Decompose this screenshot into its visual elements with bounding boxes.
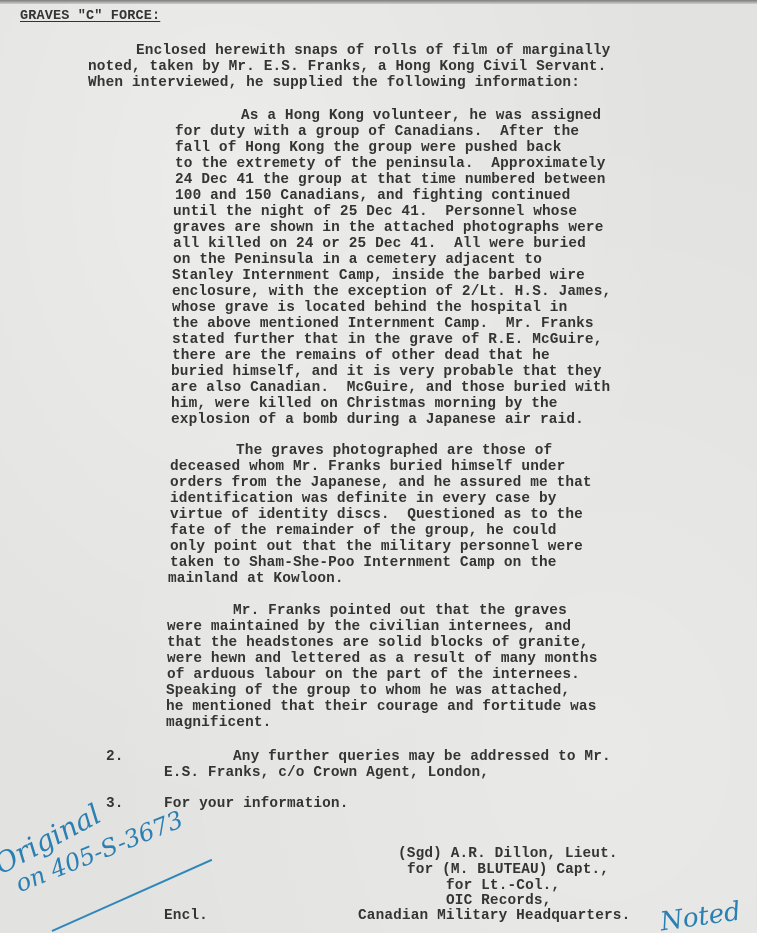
scan-top-edge (0, 0, 757, 4)
quote-line: Speaking of the group to whom he was att… (166, 683, 570, 699)
quote-line: Mr. Franks pointed out that the graves (233, 603, 567, 619)
quote-line: buried himself, and it is very probable … (171, 364, 602, 380)
quote-line: for duty with a group of Canadians. Afte… (175, 124, 579, 140)
document-heading: GRAVES "C" FORCE: (20, 9, 160, 25)
intro-line: When interviewed, he supplied the follow… (88, 75, 580, 91)
quote-line: deceased whom Mr. Franks buried himself … (170, 459, 565, 475)
item-line: For your information. (164, 796, 349, 812)
quote-line: virtue of identity discs. Questioned as … (170, 507, 583, 523)
item-number: 2. (106, 749, 124, 765)
intro-line: Enclosed herewith snaps of rolls of film… (136, 43, 610, 59)
quote-line: The graves photographed are those of (236, 443, 552, 459)
quote-line: to the extremety of the peninsula. Appro… (175, 156, 606, 172)
signature-line: Canadian Military Headquarters. (358, 908, 630, 924)
quote-line: identification was definite in every cas… (170, 491, 557, 507)
quote-line: he mentioned that their courage and fort… (166, 699, 597, 715)
quote-line: explosion of a bomb during a Japanese ai… (171, 412, 584, 428)
quote-line: him, were killed on Christmas morning by… (171, 396, 558, 412)
item-number: 3. (106, 796, 124, 812)
document-page: GRAVES "C" FORCE: Enclosed herewith snap… (0, 0, 757, 933)
quote-line: were hewn and lettered as a result of ma… (167, 651, 598, 667)
enclosure-label: Encl. (164, 908, 208, 924)
quote-line: magnificent. (166, 715, 271, 731)
quote-line: mainland at Kowloon. (168, 571, 344, 587)
signature-line: (Sgd) A.R. Dillon, Lieut. (398, 846, 618, 862)
quote-line: 24 Dec 41 the group at that time numbere… (175, 172, 606, 188)
intro-line: noted, taken by Mr. E.S. Franks, a Hong … (88, 59, 606, 75)
signature-line: for (M. BLUTEAU) Capt., (407, 862, 609, 878)
quote-line: until the night of 25 Dec 41. Personnel … (173, 204, 577, 220)
quote-line: enclosure, with the exception of 2/Lt. H… (172, 284, 611, 300)
item-line: E.S. Franks, c/o Crown Agent, London, (164, 765, 489, 781)
quote-line: there are the remains of other dead that… (172, 348, 550, 364)
quote-line: Stanley Internment Camp, inside the barb… (172, 268, 585, 284)
quote-line: on the Peninsula in a cemetery adjacent … (173, 252, 542, 268)
quote-line: that the headstones are solid blocks of … (167, 635, 589, 651)
quote-line: were maintained by the civilian internee… (167, 619, 571, 635)
quote-line: fate of the remainder of the group, he c… (170, 523, 557, 539)
quote-line: 100 and 150 Canadians, and fighting cont… (175, 188, 570, 204)
handwritten-noted-mark: Noted (658, 897, 742, 933)
quote-line: of arduous labour on the part of the int… (167, 667, 580, 683)
quote-line: all killed on 24 or 25 Dec 41. All were … (173, 236, 586, 252)
quote-line: the above mentioned Internment Camp. Mr.… (172, 316, 594, 332)
quote-line: whose grave is located behind the hospit… (172, 300, 567, 316)
quote-line: orders from the Japanese, and he assured… (170, 475, 592, 491)
quote-line: graves are shown in the attached photogr… (173, 220, 604, 236)
quote-line: taken to Sham-She-Poo Internment Camp on… (170, 555, 557, 571)
quote-line: are also Canadian. McGuire, and those bu… (171, 380, 610, 396)
quote-line: stated further that in the grave of R.E.… (172, 332, 603, 348)
signature-line: for Lt.-Col., (446, 878, 560, 894)
quote-line: As a Hong Kong volunteer, he was assigne… (241, 108, 601, 124)
item-line: Any further queries may be addressed to … (233, 749, 611, 765)
signature-line: OIC Records, (446, 893, 551, 909)
quote-line: fall of Hong Kong the group were pushed … (175, 140, 562, 156)
quote-line: only point out that the military personn… (170, 539, 583, 555)
